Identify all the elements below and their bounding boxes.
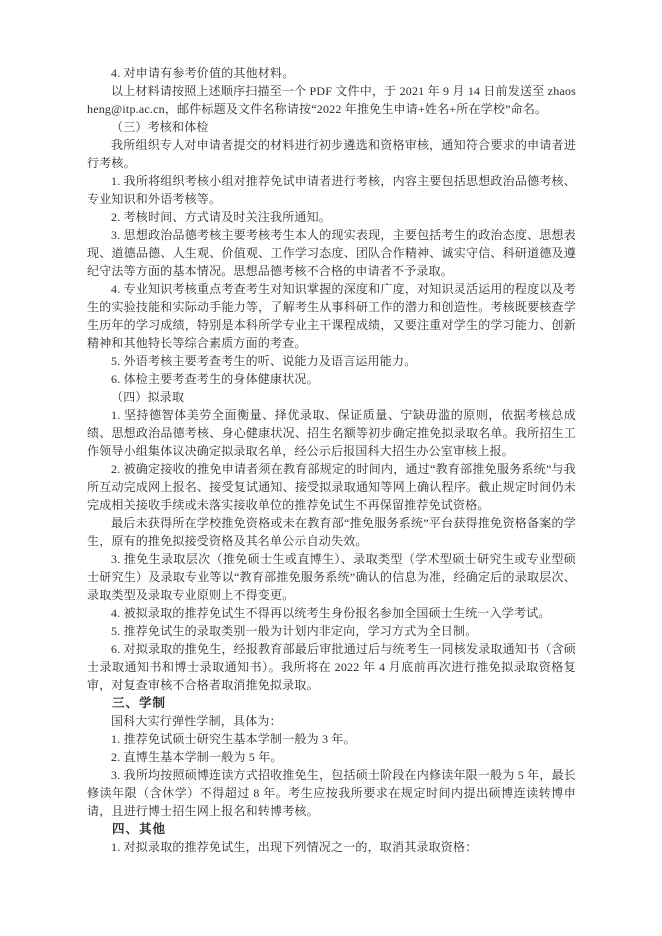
doc-paragraph-disqualification-intro: 1. 对拟录取的推荐免试生，出现下列情况之一的，取消其录取资格：: [87, 838, 576, 856]
section-heading-study-duration: 三、学制: [87, 694, 576, 712]
doc-subheading-proposed-admission: （四）拟录取: [87, 388, 576, 406]
doc-paragraph-assessment-group: 1. 我所将组织考核小组对推荐免试申请者进行考核，内容主要包括思想政治品德考核、…: [87, 172, 576, 208]
doc-paragraph-submission-instructions: 以上材料请按照上述顺序扫描至一个 PDF 文件中，于 2021 年 9 月 14…: [87, 82, 576, 118]
doc-paragraph-moe-system-confirmation: 2. 被确定接收的推免申请者须在教育部规定的时间内，通过“教育部推免服务系统”与…: [87, 460, 576, 514]
doc-paragraph-physical-exam: 6. 体检主要考查考生的身体健康状况。: [87, 370, 576, 388]
doc-paragraph-admission-principles: 1. 坚持德智体美劳全面衡量、择优录取、保证质量、宁缺毋滥的原则，依据考核总成绩…: [87, 406, 576, 460]
doc-paragraph-continuous-study: 3. 我所均按照硕博连读方式招收推免生，包括硕士阶段在内修读年限一般为 5 年，…: [87, 766, 576, 820]
doc-paragraph-master-duration: 1. 推荐免试硕士研究生基本学制一般为 3 年。: [87, 730, 576, 748]
document-text-block: 4. 对申请有参考价值的其他材料。 以上材料请按照上述顺序扫描至一个 PDF 文…: [87, 64, 576, 856]
doc-paragraph-admission-category: 5. 推荐免试生的录取类别一般为计划内非定向，学习方式为全日制。: [87, 622, 576, 640]
doc-paragraph-qualification-invalidation: 最后未获得所在学校推免资格或未在教育部“推免服务系统”平台获得推免资格备案的学生…: [87, 514, 576, 550]
doc-paragraph-professional-knowledge: 4. 专业知识考核重点考查考生对知识掌握的深度和广度，对知识灵活运用的程度以及考…: [87, 280, 576, 352]
doc-paragraph-other-materials: 4. 对申请有参考价值的其他材料。: [87, 64, 576, 82]
doc-paragraph-screening: 我所组织专人对申请者提交的材料进行初步遴选和资格审核，通知符合要求的申请者进行考…: [87, 136, 576, 172]
document-page: 4. 对申请有参考价值的其他材料。 以上材料请按照上述顺序扫描至一个 PDF 文…: [0, 0, 662, 936]
doc-paragraph-no-national-exam: 4. 被拟录取的推荐免试生不得再以统考生身份报名参加全国硕士生统一入学考试。: [87, 604, 576, 622]
doc-paragraph-flexible-schooling: 国科大实行弹性学制，具体为：: [87, 712, 576, 730]
doc-paragraph-foreign-language: 5. 外语考核主要考查考生的听、说能力及语言运用能力。: [87, 352, 576, 370]
section-heading-others: 四、其他: [87, 820, 576, 838]
doc-paragraph-admission-notice: 6. 对拟录取的推免生，经报教育部最后审批通过后与统考生一同核发录取通知书（含硕…: [87, 640, 576, 694]
doc-subheading-assessment-physical: （三）考核和体检: [87, 118, 576, 136]
doc-paragraph-direct-phd-duration: 2. 直博生基本学制一般为 5 年。: [87, 748, 576, 766]
doc-paragraph-admission-level-type: 3. 推免生录取层次（推免硕士生或直博生）、录取类型（学术型硕士研究生或专业型硕…: [87, 550, 576, 604]
doc-paragraph-assessment-time: 2. 考核时间、方式请及时关注我所通知。: [87, 208, 576, 226]
doc-paragraph-political-morality: 3. 思想政治品德考核主要考核考生本人的现实表现，主要包括考生的政治态度、思想表…: [87, 226, 576, 280]
